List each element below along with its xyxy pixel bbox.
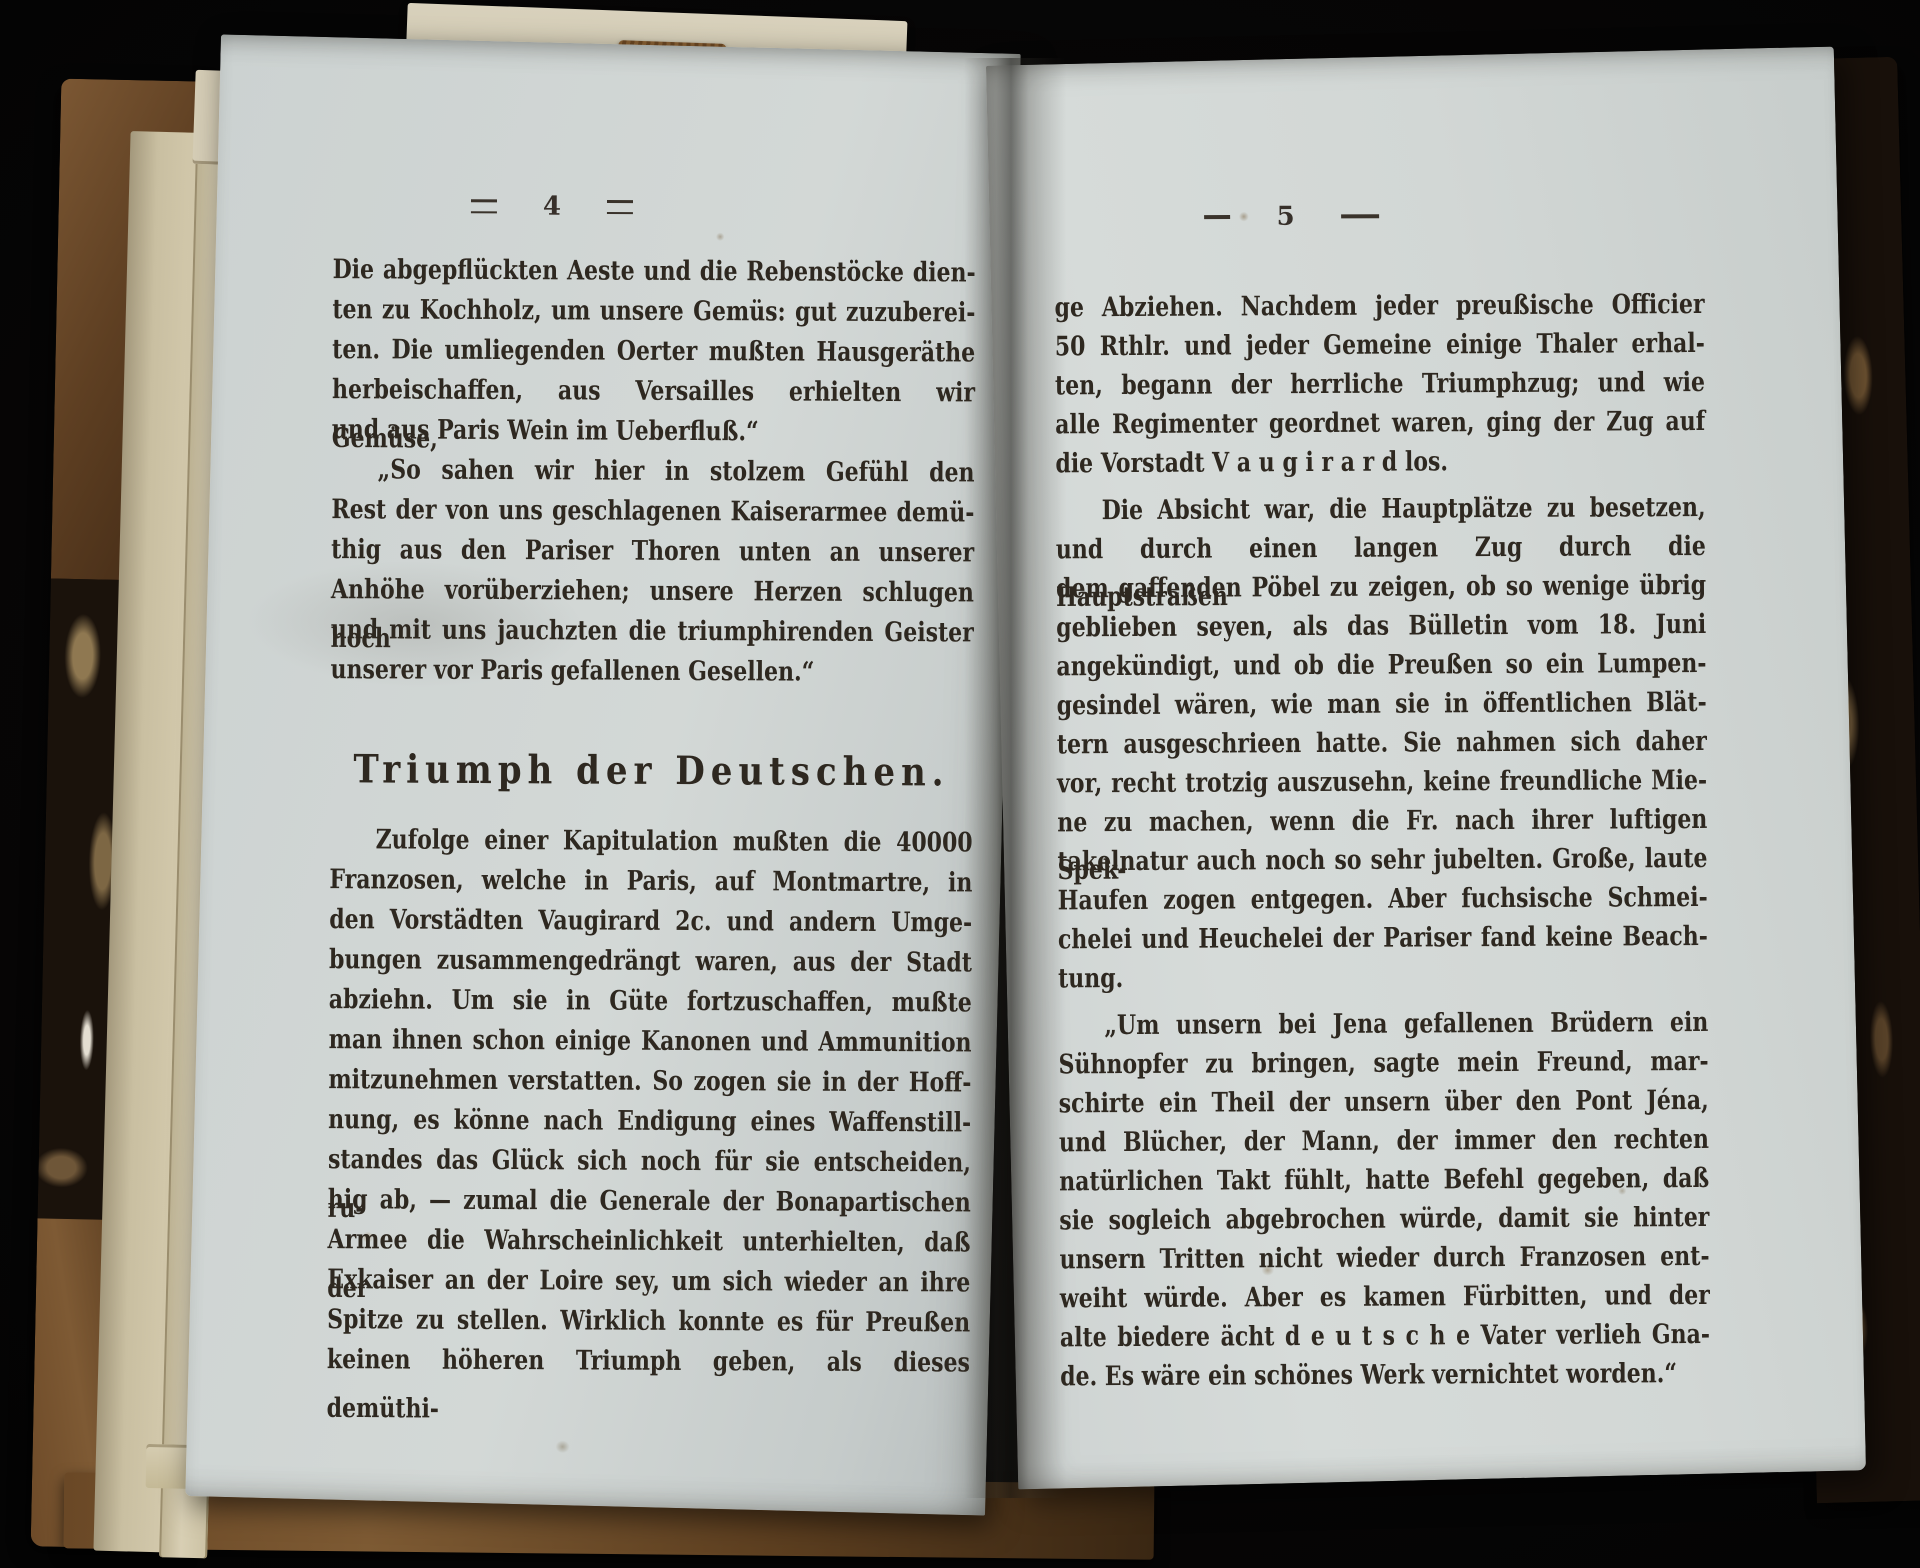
page-number: 4 bbox=[543, 192, 561, 222]
text-line: tung. bbox=[1058, 952, 1708, 1003]
paragraph: Die Absicht war, die Hauptplätze zu bese… bbox=[1056, 489, 1709, 999]
paragraph: „Um unsern bei Jena gefallenen Brüdern e… bbox=[1058, 1004, 1710, 1397]
section-heading: Triumph der Deutschen. bbox=[330, 742, 973, 801]
page-4-text: 4 Die abgepflückten Aeste und die Rebens… bbox=[199, 42, 1007, 1508]
paragraph: „So sahen wir hier in stolzem Gefühl den… bbox=[330, 450, 974, 693]
header-dash-icon bbox=[471, 199, 497, 213]
text-line: keinen höheren Triumph geben, als dieses… bbox=[327, 1335, 970, 1387]
header-dash-icon bbox=[1205, 215, 1231, 219]
photo-background: 4 Die abgepflückten Aeste und die Rebens… bbox=[0, 0, 1920, 1568]
page-5: 5 ge Abziehen. Nachdem jeder preußische … bbox=[986, 47, 1866, 1490]
page-4-body: Die abgepflückten Aeste und die Rebenstö… bbox=[327, 250, 976, 1383]
paragraph: Die abgepflückten Aeste und die Rebenstö… bbox=[332, 250, 976, 453]
text-line: die Vorstadt V a u g i r a r d los. bbox=[1055, 437, 1705, 488]
text-line: unserer vor Paris gefallenen Gesellen.“ bbox=[330, 645, 973, 697]
paragraph: Zufolge einer Kapitulation mußten die 40… bbox=[327, 820, 973, 1383]
header-dash-icon bbox=[607, 200, 633, 214]
page-5-header: 5 bbox=[1054, 200, 1704, 233]
page-5-body: ge Abziehen. Nachdem jeder preußische Of… bbox=[1054, 286, 1710, 1397]
paragraph: ge Abziehen. Nachdem jeder preußische Of… bbox=[1054, 286, 1705, 484]
text-line: de. Es wäre ein schönes Werk vernichtet … bbox=[1060, 1350, 1710, 1401]
page-4: 4 Die abgepflückten Aeste und die Rebens… bbox=[185, 34, 1020, 1515]
page-number: 5 bbox=[1276, 202, 1294, 232]
page-4-header: 4 bbox=[333, 191, 976, 224]
page-5-text: 5 ge Abziehen. Nachdem jeder preußische … bbox=[998, 54, 1853, 1482]
header-dash-icon bbox=[1341, 214, 1379, 218]
